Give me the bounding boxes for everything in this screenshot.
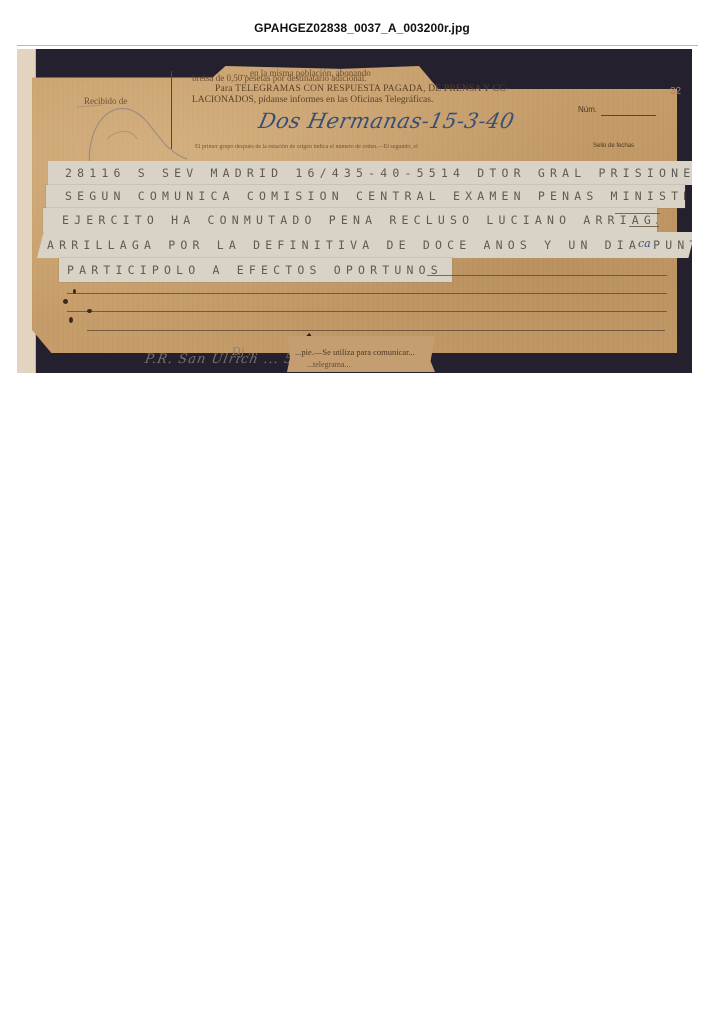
message-strip-2: SEGUN COMUNICA COMISION CENTRAL EXAMEN P…	[46, 185, 685, 208]
footer-printed-line-2: ...telegrama...	[307, 360, 351, 369]
message-strip-5: PARTICIPOLO A EFECTOS OPORTUNOS	[59, 258, 452, 282]
message-strip-3: EJERCITO HA CONMUTADO PENA RECLUSO LUCIA…	[43, 208, 657, 232]
ruled-line	[67, 311, 667, 312]
page-header: GPAHGEZ02838_0037_A_003200r.jpg	[0, 0, 724, 46]
header-divider	[17, 45, 698, 46]
footer-printed-line-1: ...pie.—Se utiliza para comunicar...	[295, 347, 415, 357]
number-label: Núm.	[578, 105, 597, 114]
file-name-title: GPAHGEZ02838_0037_A_003200r.jpg	[0, 21, 724, 35]
ruled-line	[629, 226, 659, 227]
date-stamp-label: Sello de fechas	[593, 143, 634, 149]
printed-line-4: LACIONADOS, pídanse informes en las Ofic…	[192, 95, 433, 105]
printed-line-3: Para TELEGRAMAS CON RESPUESTA PAGADA, DE…	[215, 84, 509, 94]
telegram-scan-image: Recibido de ... en la misma población, a…	[17, 49, 692, 373]
ruled-line	[67, 293, 667, 294]
paper-stain	[63, 299, 68, 304]
page-number: 32	[670, 86, 681, 97]
ruled-line	[427, 275, 667, 276]
paper-stain	[87, 309, 92, 313]
printed-instruction: El primer grupo después de la estación d…	[195, 144, 418, 150]
number-field-line	[601, 115, 656, 116]
ink-overwrite-note: ca	[638, 237, 651, 250]
message-strip-4: ARRILLAGA POR LA DEFINITIVA DE DOCE ANOS…	[37, 232, 692, 258]
ruled-line	[615, 213, 660, 214]
ruled-line	[87, 330, 665, 331]
printed-line-2: brelsa de 0,50 pesetas por destinatario …	[192, 73, 366, 83]
paper-stain	[73, 289, 76, 294]
paper-stain	[69, 317, 73, 323]
handwritten-location-date: Dos Hermanas-15-3-40	[256, 109, 516, 133]
message-strip-1: 28116 S SEV MADRID 16/435-40-5514 DTOR G…	[48, 161, 692, 185]
